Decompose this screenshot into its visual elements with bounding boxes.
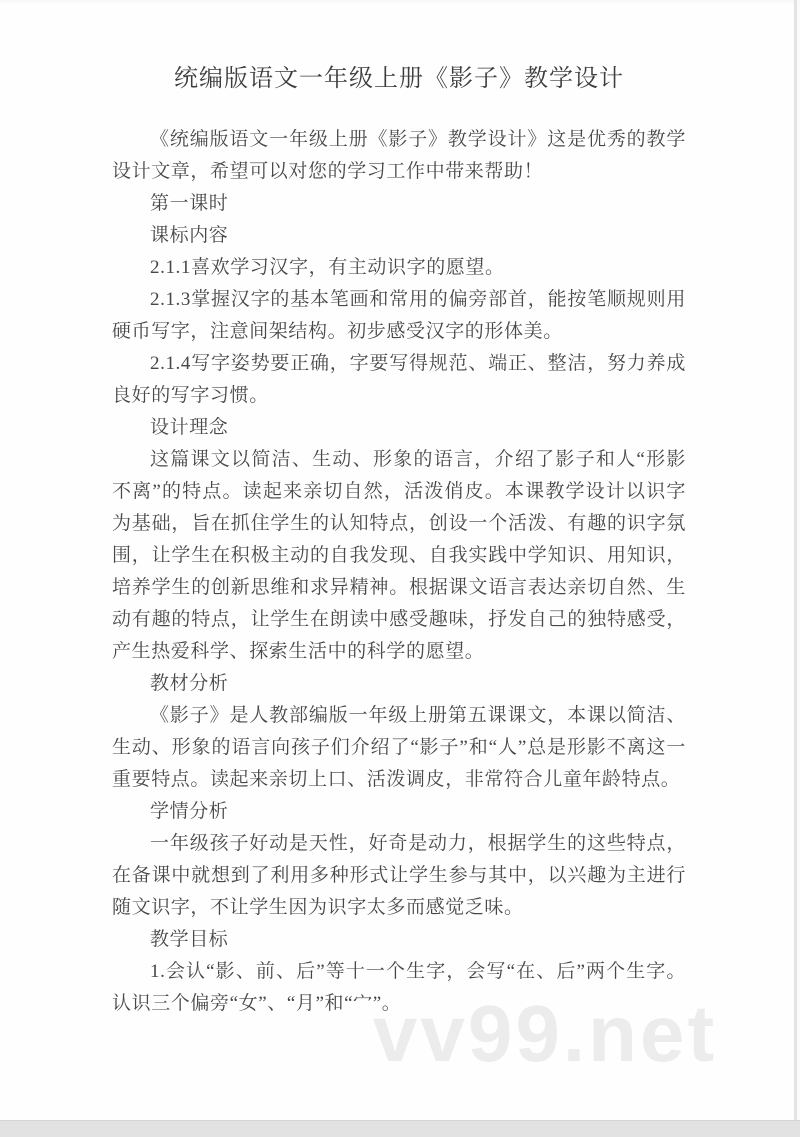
paragraph-list: 《统编版语文一年级上册《影子》教学设计》这是优秀的教学设计文章，希望可以对您的学…	[112, 124, 686, 1020]
heading-learner-analysis: 学情分析	[112, 796, 686, 828]
learner-analysis-paragraph: 一年级孩子好动是天性，好奇是动力，根据学生的这些特点，在备课中就想到了利用多种形…	[112, 828, 686, 924]
curriculum-item-213: 2.1.3掌握汉字的基本笔画和常用的偏旁部首，能按笔顺规则用硬币写字，注意间架结…	[112, 284, 686, 348]
screenshot-viewport: vv99.net 统编版语文一年级上册《影子》教学设计 《统编版语文一年级上册《…	[0, 0, 800, 1137]
heading-material-analysis: 教材分析	[112, 668, 686, 700]
curriculum-item-211: 2.1.1喜欢学习汉字，有主动识字的愿望。	[112, 252, 686, 284]
curriculum-item-214: 2.1.4写字姿势要正确，字要写得规范、端正、整洁，努力养成良好的写字习惯。	[112, 348, 686, 412]
design-concept-paragraph: 这篇课文以简洁、生动、形象的语言，介绍了影子和人“形影不离”的特点。读起来亲切自…	[112, 444, 686, 668]
heading-curriculum: 课标内容	[112, 220, 686, 252]
heading-first-lesson: 第一课时	[112, 188, 686, 220]
heading-teaching-goals: 教学目标	[112, 924, 686, 956]
intro-paragraph: 《统编版语文一年级上册《影子》教学设计》这是优秀的教学设计文章，希望可以对您的学…	[112, 124, 686, 188]
page-bottom-edge	[0, 1120, 800, 1137]
teaching-goal-item-1: 1.会认“影、前、后”等十一个生字，会写“在、后”两个生字。认识三个偏旁“女”、…	[112, 956, 686, 1020]
document-content: 统编版语文一年级上册《影子》教学设计 《统编版语文一年级上册《影子》教学设计》这…	[0, 0, 794, 1020]
document-title: 统编版语文一年级上册《影子》教学设计	[112, 62, 686, 96]
document-page: vv99.net 统编版语文一年级上册《影子》教学设计 《统编版语文一年级上册《…	[0, 0, 797, 1120]
material-analysis-paragraph: 《影子》是人教部编版一年级上册第五课课文，本课以简洁、生动、形象的语言向孩子们介…	[112, 700, 686, 796]
heading-design-concept: 设计理念	[112, 412, 686, 444]
